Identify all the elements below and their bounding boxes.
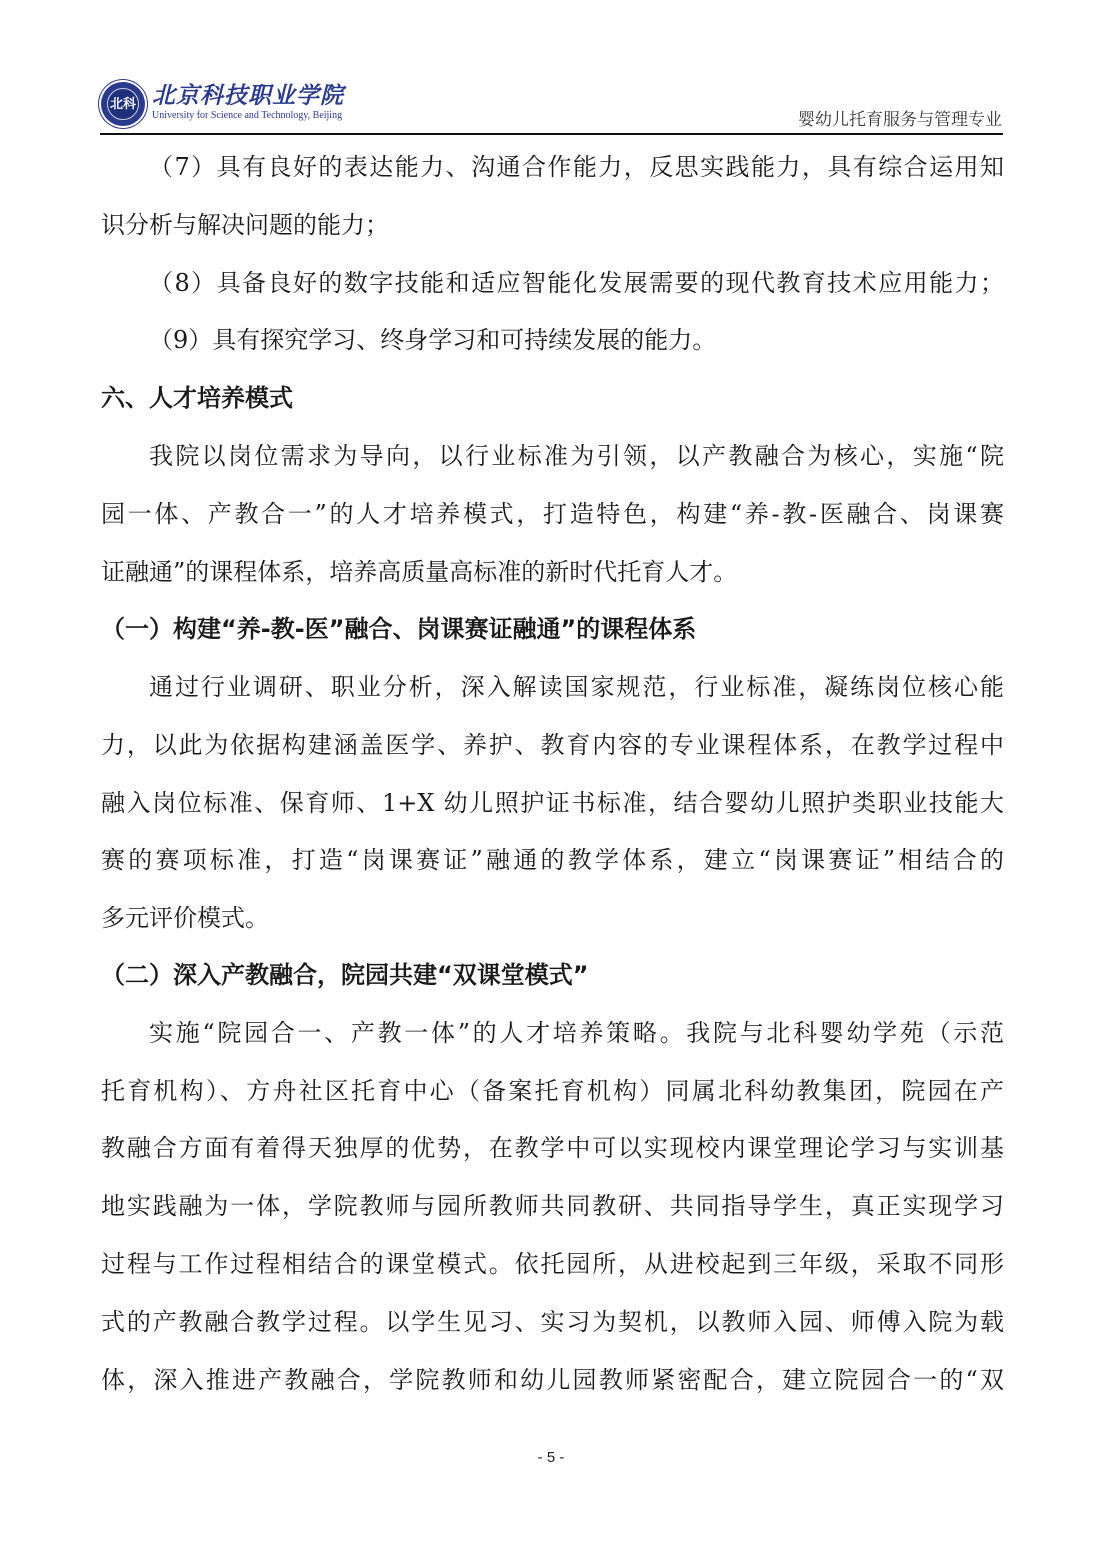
department-label: 婴幼儿托育服务与管理专业 xyxy=(798,110,1002,130)
list-item-9: （9）具有探究学习、终身学习和可持续发展的能力。 xyxy=(149,325,1004,355)
subsection-heading-2: （二）深入产教融合，院园共建“双课堂模式” xyxy=(101,960,1004,990)
document-page: 北科 北京科技职业学院 University for Science and T… xyxy=(0,0,1102,1559)
paragraph-line: 园一体、产教合一”的人才培养模式，打造特色，构建“养-教-医融合、岗课赛 xyxy=(101,499,1004,529)
paragraph-line: 体，深入推进产教融合，学院教师和幼儿园教师紧密配合，建立院园合一的“双 xyxy=(101,1365,1004,1395)
list-item-7-line-2: 识分析与解决问题的能力； xyxy=(101,210,1004,240)
paragraph-line: 式的产教融合教学过程。以学生见习、实习为契机，以教师入园、师傅入院为载 xyxy=(101,1307,1004,1337)
paragraph-line: 通过行业调研、职业分析，深入解读国家规范，行业标准，凝练岗位核心能 xyxy=(149,672,1004,702)
list-item-7-line-1: （7）具有良好的表达能力、沟通合作能力，反思实践能力，具有综合运用知 xyxy=(149,152,1004,182)
section-heading-6: 六、人才培养模式 xyxy=(101,383,1004,413)
paragraph-line: 融入岗位标准、保育师、1+X 幼儿照护证书标准，结合婴幼儿照护类职业技能大 xyxy=(101,788,1004,818)
paragraph-line: 教融合方面有着得天独厚的优势，在教学中可以实现校内课堂理论学习与实训基 xyxy=(101,1133,1004,1163)
paragraph-line: 赛的赛项标准，打造“岗课赛证”融通的教学体系，建立“岗课赛证”相结合的 xyxy=(101,845,1004,875)
paragraph-line: 我院以岗位需求为导向，以行业标准为引领，以产教融合为核心，实施“院 xyxy=(149,441,1004,471)
paragraph-line: 地实践融为一体，学院教师与园所教师共同教研、共同指导学生，真正实现学习 xyxy=(101,1191,1004,1221)
paragraph-line: 多元评价模式。 xyxy=(101,903,1004,933)
paragraph-line: 托育机构）、方舟社区托育中心（备案托育机构）同属北科幼教集团，院园在产 xyxy=(101,1076,1004,1106)
subsection-heading-1: （一）构建“养-教-医”融合、岗课赛证融通”的课程体系 xyxy=(101,614,1004,644)
paragraph-line: 力，以此为依据构建涵盖医学、养护、教育内容的专业课程体系，在教学过程中 xyxy=(101,730,1004,760)
paragraph-line: 证融通”的课程体系，培养高质量高标准的新时代托育人才。 xyxy=(101,557,1004,587)
page-number: - 5 - xyxy=(0,1448,1102,1468)
university-name-cn: 北京科技职业学院 xyxy=(152,82,344,110)
university-name-en: University for Science and Technology, B… xyxy=(152,110,342,122)
header-divider xyxy=(100,133,1003,135)
list-item-8: （8）具备良好的数字技能和适应智能化发展需要的现代教育技术应用能力； xyxy=(149,268,1004,298)
emblem-text: 北科 xyxy=(107,88,139,120)
paragraph-line: 实施“院园合一、产教一体”的人才培养策略。我院与北科婴幼学苑（示范 xyxy=(149,1018,1004,1048)
university-emblem-icon: 北科 xyxy=(101,82,145,126)
paragraph-line: 过程与工作过程相结合的课堂模式。依托园所，从进校起到三年级，采取不同形 xyxy=(101,1249,1004,1279)
